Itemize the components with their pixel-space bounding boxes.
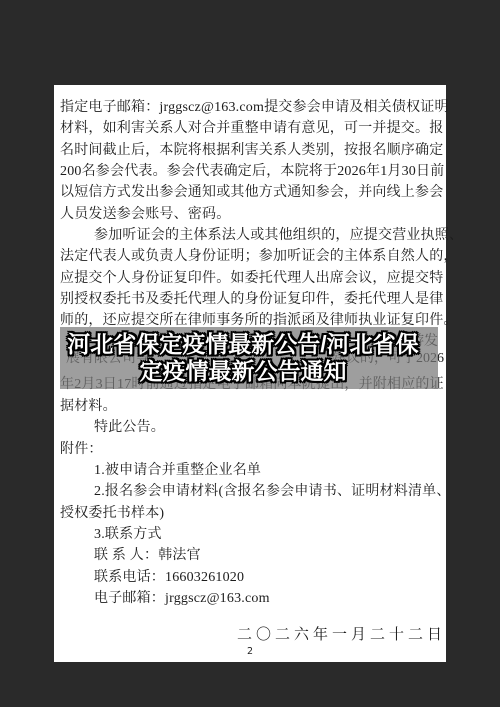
document-line: 联 系 人：韩法官 <box>60 545 444 566</box>
document-line: 人员发送参会账号、密码。 <box>60 204 444 225</box>
document-line: 参加听证会的主体系法人或其他组织的，应提交营业执照、 <box>60 225 444 246</box>
document-date: 二〇二六年一月二十二日 <box>237 623 446 644</box>
overlay-title-banner[interactable]: 河北省保定疫情最新公告/河北省保 定疫情最新公告通知 <box>60 327 438 389</box>
document-line: 1.被申请合并重整企业名单 <box>60 460 444 481</box>
document-line: 附件： <box>60 439 444 460</box>
document-line: 联系电话：16603261020 <box>60 567 444 588</box>
document-line: 200名参会代表。参会代表确定后，本院将于2026年1月30日前 <box>60 161 444 182</box>
overlay-title-line2: 定疫情最新公告通知 <box>60 358 438 385</box>
page-number: 2 <box>54 646 446 657</box>
document-line: 授权委托书样本) <box>60 503 444 524</box>
document-line: 2.报名参会申请材料(含报名参会申请书、证明材料清单、 <box>60 481 444 502</box>
document-line: 以短信方式发出参会通知或其他方式通知参会，并向线上参会 <box>60 182 444 203</box>
screenshot-root: { "colors": { "outer_background": "#2a2a… <box>0 0 500 707</box>
document-line: 据材料。 <box>60 396 444 417</box>
overlay-title-line1: 河北省保定疫情最新公告/河北省保 <box>60 331 438 358</box>
document-line: 别授权委托书及委托代理人的身份证复印件，委托代理人是律 <box>60 289 444 310</box>
document-line: 特此公告。 <box>60 417 444 438</box>
document-page: 指定电子邮箱：jrggscz@163.com提交参会申请及相关债权证明材料，如利… <box>54 85 446 662</box>
document-line: 指定电子邮箱：jrggscz@163.com提交参会申请及相关债权证明 <box>60 97 444 118</box>
document-line: 法定代表人或负责人身份证明；参加听证会的主体系自然人的， <box>60 246 444 267</box>
document-line: 应提交个人身份证复印件。如委托代理人出席会议，应提交特 <box>60 268 444 289</box>
document-line: 电子邮箱：jrggscz@163.com <box>60 588 444 609</box>
document-line: 材料，如利害关系人对合并重整申请有意见，可一并提交。报 <box>60 118 444 139</box>
document-line: 3.联系方式 <box>60 524 444 545</box>
document-line: 名时间截止后，本院将根据利害关系人类别，按报名顺序确定 <box>60 140 444 161</box>
